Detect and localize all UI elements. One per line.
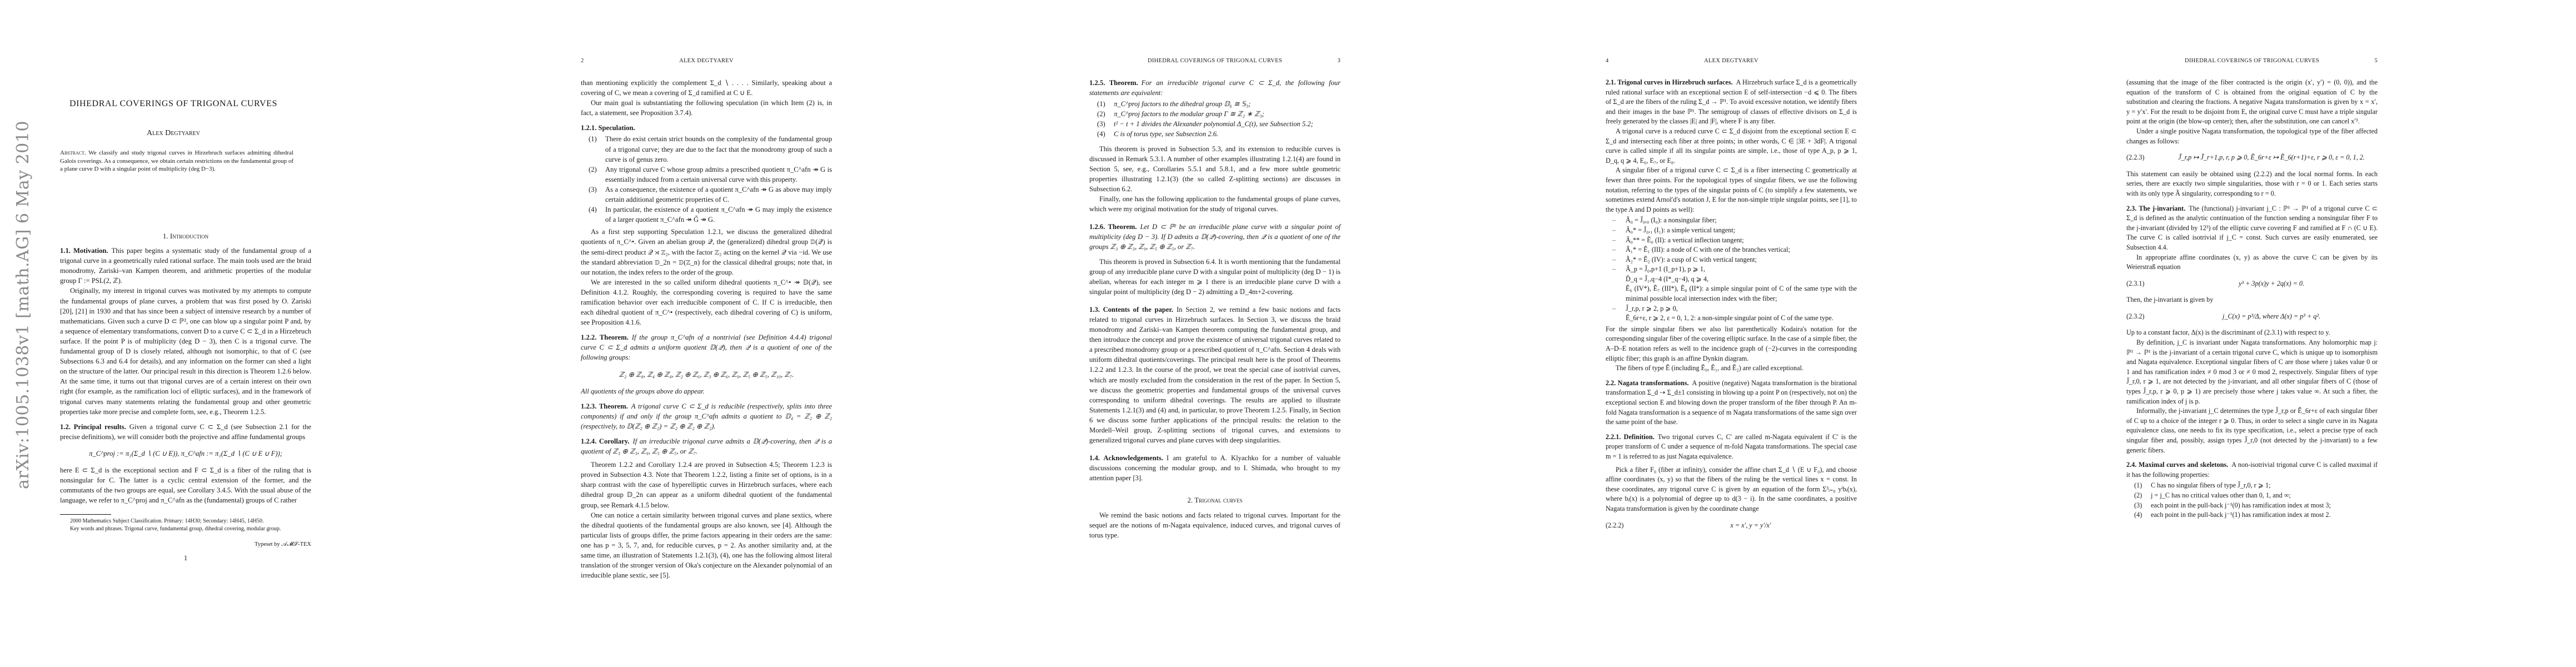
page-3: DIHEDRAL COVERINGS OF TRIGONAL CURVES 3 … — [1030, 0, 1546, 667]
running-head: 2 ALEX DEGTYAREV — [581, 58, 832, 64]
subsection-heading: 2.2. Nagata transformations. — [1606, 379, 1689, 387]
section-heading-2: 2. Trigonal curves — [1089, 495, 1341, 505]
paragraph: 1.2. Principal results.Given a trigonal … — [60, 422, 311, 442]
list-item: –Ã₀** = Ẽ₀ (II): a vertical inflection t… — [1606, 236, 1857, 246]
list-item: (3)t² − t + 1 divides the Alexander poly… — [1089, 119, 1341, 129]
item-text: Ã₁* = Ẽ₁ (III): a node of C with one of … — [1626, 246, 1790, 253]
equation-2-3-2: (2.3.2) j_C(x) = p³/Δ, where Δ(x) = p³ +… — [2126, 312, 2378, 322]
list-item: (2)π_C^proj factors to the modular group… — [1089, 109, 1341, 119]
list-item: (1)C has no singular fibers of type J̃_r… — [2126, 481, 2378, 491]
dash-marker: – — [1612, 265, 1616, 275]
equation-body: x = x′, y = y′/x′ — [1645, 521, 1857, 531]
item-label: (2) — [2134, 491, 2142, 501]
page-1-body: 1. Introduction 1.1. Motivation.This pap… — [60, 223, 311, 564]
equation-body: J̃_r,p ↦ J̃_r+1,p, r, p ⩾ 0, Ẽ_6r+ε ↦ Ẽ_… — [2165, 153, 2378, 163]
theorem-heading: 1.2.5. Theorem. — [1089, 79, 1138, 87]
list-item: (4)each point in the pull-back j⁻¹(1) ha… — [2126, 510, 2378, 520]
item-text: Ã₂* = Ẽ₂ (IV): a cusp of C with vertical… — [1626, 256, 1757, 263]
paragraph: 2.3. The j-invariant.The (functional) j-… — [2126, 204, 2378, 253]
paragraph: As a first step supporting Speculation 1… — [581, 227, 832, 277]
theorem: 1.2.2. Theorem.If the group π_C^afn of a… — [581, 332, 832, 362]
arxiv-identifier: arXiv:1005.1038v1 [math.AG] 6 May 2010 — [13, 121, 33, 489]
item-text: π_C^proj factors to the dihedral group 𝔻… — [1114, 100, 1250, 108]
corollary: 1.2.4. Corollary.If an irreducible trigo… — [581, 436, 832, 456]
list-item: (4)C is of torus type, see Subsection 2.… — [1089, 129, 1341, 139]
running-head-title: DIHEDRAL COVERINGS OF TRIGONAL CURVES — [1089, 58, 1341, 64]
paragraph: Finally, one has the following applicati… — [1089, 194, 1341, 214]
paragraph: One can notice a certain similarity betw… — [581, 510, 832, 581]
equation-tag: (2.2.3) — [2126, 153, 2165, 163]
speculation-heading: 1.2.1. Speculation. — [581, 123, 832, 133]
list-item: (2)Any trigonal curve C whose group admi… — [581, 165, 832, 185]
page-5-body: (assuming that the image of the fiber co… — [2126, 78, 2378, 522]
definition: 2.2.1. Definition.Two trigonal curves C,… — [1606, 432, 1857, 462]
page-1: arXiv:1005.1038v1 [math.AG] 6 May 2010 D… — [0, 0, 515, 667]
item-label: (2) — [589, 165, 597, 175]
item-text: Ẽ_6r+ε, r ⩾ 2, ε = 0, 1, 2: a non-simple… — [1626, 314, 1833, 322]
item-text: each point in the pull-back j⁻¹(1) has r… — [2151, 511, 2331, 519]
item-label: (3) — [2134, 501, 2142, 511]
item-text: There do exist certain strict bounds on … — [605, 135, 832, 163]
paragraph: The fibers of type Ẽ (including Ẽ₀, Ẽ₁, … — [1606, 364, 1857, 374]
dash-marker: – — [1612, 304, 1616, 314]
footnote-rule — [60, 514, 111, 515]
subsection-heading: 1.1. Motivation. — [60, 247, 108, 255]
abstract-text: We classify and study trigonal curves in… — [60, 150, 293, 172]
subsection-heading: 2.4. Maximal curves and skeletons. — [2126, 461, 2228, 469]
theorem-heading: 1.2.6. Theorem. — [1089, 223, 1137, 231]
arxiv-stamp: arXiv:1005.1038v1 [math.AG] 6 May 2010 — [2, 133, 24, 489]
theorem: 1.2.6. Theorem.Let D ⊂ ℙ² be an irreduci… — [1089, 222, 1341, 252]
corollary-heading: 1.2.4. Corollary. — [581, 437, 630, 445]
page-number: 5 — [2374, 58, 2378, 64]
paragraph: Informally, the j-invariant j_C determin… — [2126, 406, 2378, 455]
item-text: Ã_p = J̃₀,p+1 (I_p+1), p ⩾ 1, — [1626, 265, 1705, 273]
theorem: 1.2.5. Theorem.For an irreducible trigon… — [1089, 78, 1341, 98]
paragraph: 2.1. Trigonal curves in Hirzebruch surfa… — [1606, 78, 1857, 127]
list-item: Ẽ_6r+ε, r ⩾ 2, ε = 0, 1, 2: a non-simple… — [1606, 313, 1857, 323]
paragraph: 1.4. Acknowledgements.I am grateful to A… — [1089, 453, 1341, 483]
paragraph: We are interested in the so called unifo… — [581, 277, 832, 327]
paragraph: By definition, j_C is invariant under Na… — [2126, 338, 2378, 406]
subsection-heading: 1.2. Principal results. — [60, 423, 126, 431]
paragraph: 1.1. Motivation.This paper begins a syst… — [60, 246, 311, 286]
page-number: 3 — [1337, 58, 1341, 64]
maximal-properties-list: (1)C has no singular fibers of type J̃_r… — [2126, 481, 2378, 520]
paragraph: 1.3. Contents of the paper.In Section 2,… — [1089, 305, 1341, 445]
theorem-text: All quotients of the groups above do app… — [581, 387, 705, 395]
paragraph: (assuming that the image of the fiber co… — [2126, 78, 2378, 127]
running-head-title: DIHEDRAL COVERINGS OF TRIGONAL CURVES — [2126, 58, 2378, 64]
definition-heading: 2.2.1. Definition. — [1606, 433, 1655, 441]
subsection-heading: 2.3. The j-invariant. — [2126, 205, 2185, 212]
list-item: D̃_q = J̃₁,q−4 (I*_q−4), q ⩾ 4, — [1606, 275, 1857, 285]
dash-marker: – — [1612, 216, 1616, 226]
list-item: Ẽ₆ (IV*), Ẽ₇ (III*), Ẽ₈ (II*): a simple … — [1606, 284, 1857, 303]
item-label: (1) — [1097, 99, 1105, 109]
footnote-msc: 2000 Mathematics Subject Classification.… — [60, 517, 311, 525]
page-5: DIHEDRAL COVERINGS OF TRIGONAL CURVES 5 … — [2061, 0, 2576, 667]
list-item: (2)j = j_C has no critical values other … — [2126, 491, 2378, 501]
list-item: (1)There do exist certain strict bounds … — [581, 134, 832, 164]
paragraph: Then, the j-invariant is given by — [2126, 295, 2378, 305]
list-item: –J̃_r,p, r ⩾ 2, p ⩾ 0, — [1606, 304, 1857, 314]
item-text: In particular, the existence of a quotie… — [605, 206, 832, 223]
equation-body: j_C(x) = p³/Δ, where Δ(x) = p³ + q². — [2165, 312, 2378, 322]
list-item: (4)In particular, the existence of a quo… — [581, 205, 832, 225]
item-text: Ã₀* = J̃₀,₁ (I₁): a simple vertical tang… — [1626, 226, 1735, 234]
running-head: DIHEDRAL COVERINGS OF TRIGONAL CURVES 5 — [2126, 58, 2378, 64]
item-label: (1) — [589, 134, 597, 144]
theorem-heading: 1.2.3. Theorem. — [581, 402, 628, 410]
theorem-heading: 1.2.2. Theorem. — [581, 333, 629, 341]
paragraph: This statement can easily be obtained us… — [2126, 170, 2378, 199]
paragraph: than mentioning explicitly the complemen… — [581, 78, 832, 98]
paragraph: A singular fiber of a trigonal curve C ⊂… — [1606, 166, 1857, 215]
running-head: 4 ALEX DEGTYAREV — [1606, 58, 1857, 64]
page-4-body: 2.1. Trigonal curves in Hirzebruch surfa… — [1606, 78, 1857, 537]
paragraph: For the simple singular fibers we also l… — [1606, 325, 1857, 364]
equation-2-2-2: (2.2.2) x = x′, y = y′/x′ — [1606, 521, 1857, 531]
theorem-list: (1)π_C^proj factors to the dihedral grou… — [1089, 99, 1341, 139]
list-item: –Ã_p = J̃₀,p+1 (I_p+1), p ⩾ 1, — [1606, 265, 1857, 275]
paragraph: A trigonal curve is a reduced curve C ⊂ … — [1606, 127, 1857, 166]
typeset-note: Typeset by 𝒜𝓜𝒮-TEX — [60, 540, 311, 550]
running-head-title: ALEX DEGTYAREV — [1606, 58, 1857, 64]
item-label: (1) — [2134, 481, 2142, 491]
paragraph: Pick a fiber F₀ (fiber at infinity), con… — [1606, 465, 1857, 514]
item-text: C is of torus type, see Subsection 2.6. — [1114, 130, 1218, 138]
page-2-body: than mentioning explicitly the complemen… — [581, 78, 832, 580]
paragraph: here E ⊂ Σ_d is the exceptional section … — [60, 465, 311, 505]
page-number: 4 — [1606, 58, 1609, 64]
dash-marker: – — [1612, 226, 1616, 236]
list-item: –Ã₁* = Ẽ₁ (III): a node of C with one of… — [1606, 245, 1857, 255]
subsection-heading: 2.1. Trigonal curves in Hirzebruch surfa… — [1606, 78, 1733, 86]
group-list: ℤ₂ ⊕ ℤ₈, ℤ₄ ⊕ ℤ₄, ℤ₂ ⊕ ℤ₆, ℤ₃ ⊕ ℤ₆, ℤ₉, … — [581, 370, 832, 380]
paragraph: This theorem is proved in Subsection 6.4… — [1089, 257, 1341, 297]
page-number: 2 — [581, 58, 584, 64]
item-label: (3) — [589, 185, 597, 195]
paragraph: We remind the basic notions and facts re… — [1089, 510, 1341, 540]
list-item: –Ã₀* = J̃₀,₁ (I₁): a simple vertical tan… — [1606, 226, 1857, 236]
page-2: 2 ALEX DEGTYAREV than mentioning explici… — [515, 0, 1030, 667]
section-heading-1: 1. Introduction — [60, 231, 311, 241]
page-3-body: 1.2.5. Theorem.For an irreducible trigon… — [1089, 78, 1341, 540]
item-text: each point in the pull-back j⁻¹(0) has r… — [2151, 501, 2331, 509]
subsection-heading: 1.2.1. Speculation. — [581, 124, 635, 132]
paragraph: Theorem 1.2.2 and Corollary 1.2.4 are pr… — [581, 460, 832, 510]
dash-marker: – — [1612, 236, 1616, 246]
item-text: j = j_C has no critical values other tha… — [2151, 491, 2291, 499]
subsection-heading: 1.4. Acknowledgements. — [1089, 454, 1163, 462]
equation-2-2-3: (2.2.3) J̃_r,p ↦ J̃_r+1,p, r, p ⩾ 0, Ẽ_6… — [2126, 153, 2378, 163]
paragraph: Originally, my interest in trigonal curv… — [60, 286, 311, 416]
running-head-title: ALEX DEGTYAREV — [581, 58, 832, 64]
equation-tag: (2.3.1) — [2126, 279, 2165, 289]
list-item: –Ã₂* = Ẽ₂ (IV): a cusp of C with vertica… — [1606, 255, 1857, 265]
running-head: DIHEDRAL COVERINGS OF TRIGONAL CURVES 3 — [1089, 58, 1341, 64]
theorem: 1.2.3. Theorem.A trigonal curve C ⊂ Σ_d … — [581, 401, 832, 431]
item-text: J̃_r,p, r ⩾ 2, p ⩾ 0, — [1626, 305, 1678, 312]
paper-author: Alex Degtyarev — [48, 129, 299, 138]
footnote-keywords: Key words and phrases. Trigonal curve, f… — [60, 525, 311, 533]
equation-tag: (2.2.2) — [1606, 521, 1645, 531]
paper-title: DIHEDRAL COVERINGS OF TRIGONAL CURVES — [48, 99, 299, 109]
speculation-list: (1)There do exist certain strict bounds … — [581, 134, 832, 225]
item-text: As a consequence, the existence of a quo… — [605, 186, 832, 203]
item-label: (2) — [1097, 109, 1105, 119]
item-label: (4) — [589, 205, 597, 215]
item-label: (4) — [2134, 510, 2142, 520]
list-item: (3)each point in the pull-back j⁻¹(0) ha… — [2126, 501, 2378, 511]
theorem-tail: All quotients of the groups above do app… — [581, 386, 832, 396]
item-text: Ã₀ = J̃₀,₀ (I₀): a nonsingular fiber; — [1626, 216, 1717, 224]
equation-body: y³ + 3p(x)y + 2q(x) = 0. — [2165, 279, 2378, 289]
abstract: Abstract. We classify and study trigonal… — [60, 149, 293, 173]
page-4: 4 ALEX DEGTYAREV 2.1. Trigonal curves in… — [1546, 0, 2061, 667]
dash-marker: – — [1612, 245, 1616, 255]
paragraph: This theorem is proved in Subsection 5.3… — [1089, 144, 1341, 194]
item-text: Any trigonal curve C whose group admits … — [605, 166, 832, 183]
equation-tag: (2.3.2) — [2126, 312, 2165, 322]
item-text: C has no singular fibers of type J̃_r,0,… — [2151, 481, 2271, 489]
subsection-heading: 1.3. Contents of the paper. — [1089, 306, 1173, 313]
dash-marker: – — [1612, 255, 1616, 265]
paragraph: 2.4. Maximal curves and skeletons.A non-… — [2126, 460, 2378, 480]
item-label: (4) — [1097, 129, 1105, 139]
paragraph: 2.2. Nagata transformations.A positive (… — [1606, 379, 1857, 427]
fiber-type-list: –Ã₀ = J̃₀,₀ (I₀): a nonsingular fiber; –… — [1606, 216, 1857, 323]
paragraph: In appropriate affine coordinates (x, y)… — [2126, 253, 2378, 272]
page-number: 1 — [60, 553, 311, 563]
item-text: Ẽ₆ (IV*), Ẽ₇ (III*), Ẽ₈ (II*): a simple … — [1626, 285, 1857, 302]
equation-2-3-1: (2.3.1) y³ + 3p(x)y + 2q(x) = 0. — [2126, 279, 2378, 289]
item-text: Ã₀** = Ẽ₀ (II): a vertical inflection ta… — [1626, 236, 1744, 244]
item-text: D̃_q = J̃₁,q−4 (I*_q−4), q ⩾ 4, — [1626, 275, 1708, 283]
abstract-label: Abstract. — [60, 150, 86, 156]
paragraph-text: In Section 2, we remind a few basic noti… — [1089, 306, 1341, 444]
item-text: t² − t + 1 divides the Alexander polynom… — [1114, 120, 1313, 128]
item-text: π_C^proj factors to the modular group Γ … — [1114, 110, 1264, 118]
item-label: (3) — [1097, 119, 1105, 129]
list-item: (3)As a consequence, the existence of a … — [581, 185, 832, 205]
paragraph: Up to a constant factor, Δ(x) is the dis… — [2126, 328, 2378, 338]
list-item: (1)π_C^proj factors to the dihedral grou… — [1089, 99, 1341, 109]
paragraph: Our main goal is substantiating the foll… — [581, 98, 832, 118]
list-item: –Ã₀ = J̃₀,₀ (I₀): a nonsingular fiber; — [1606, 216, 1857, 226]
display-equation: π_C^proj := π₁(Σ_d ∖ (C ∪ E)), π_C^afn :… — [60, 449, 311, 459]
paragraph: Under a single positive Nagata transform… — [2126, 127, 2378, 146]
